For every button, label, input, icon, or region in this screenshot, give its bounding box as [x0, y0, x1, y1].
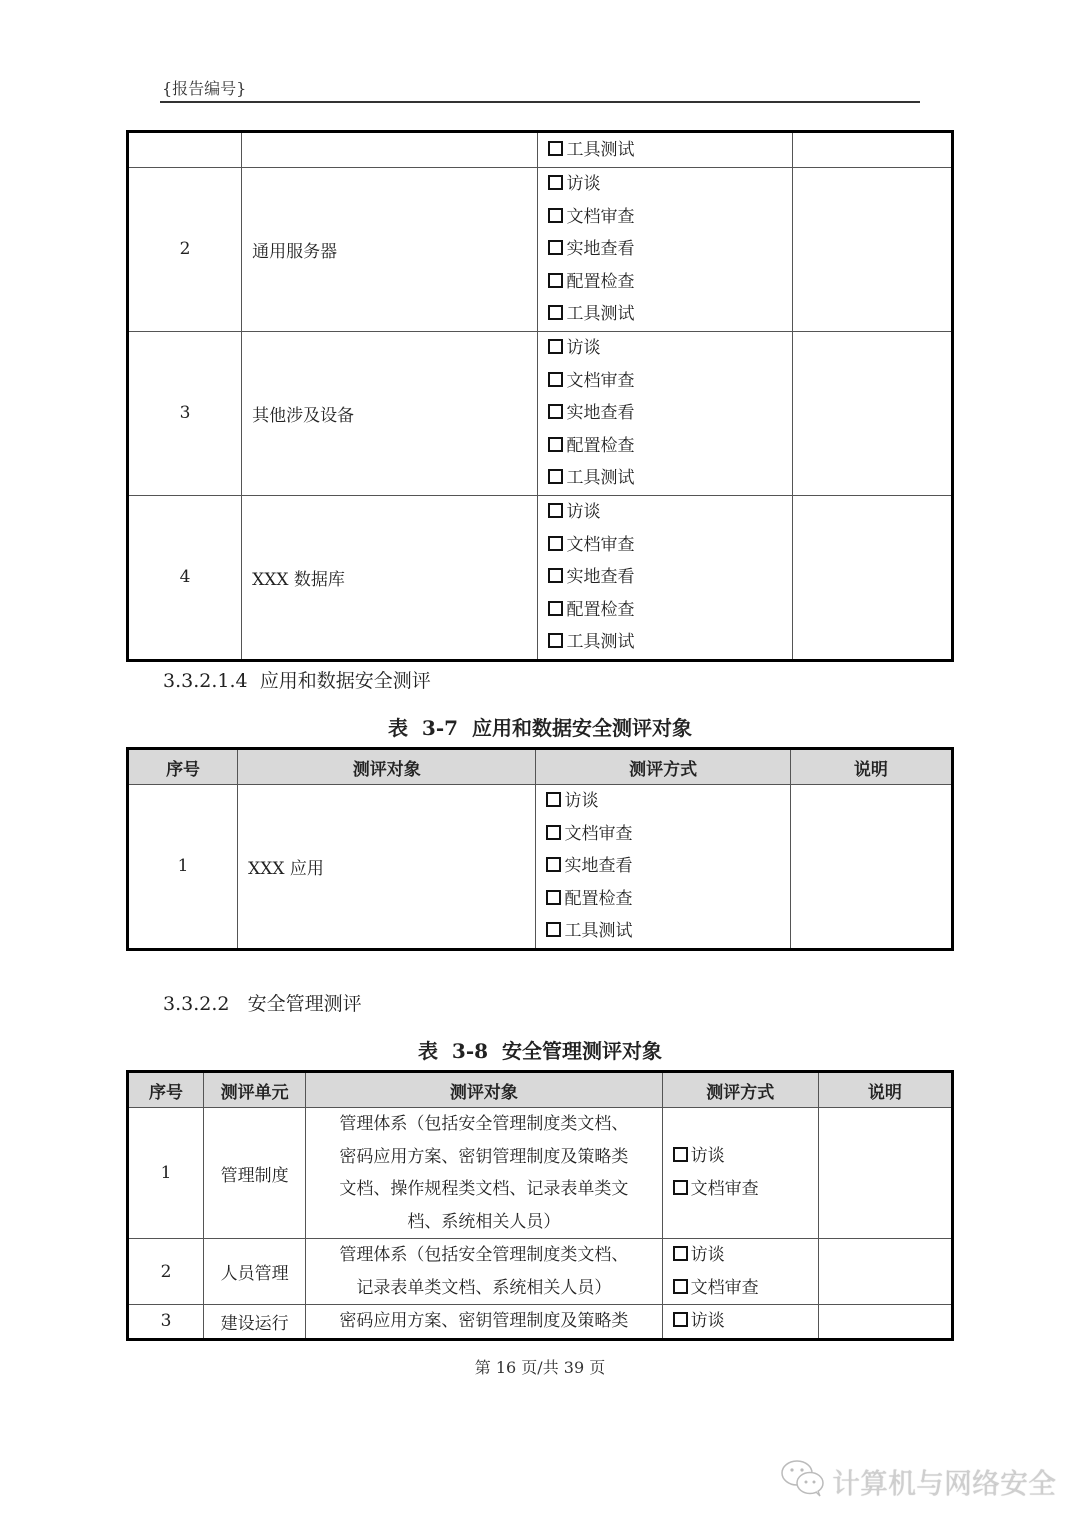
header-divider	[160, 101, 920, 103]
checkbox[interactable]	[548, 469, 563, 484]
checkbox[interactable]	[673, 1279, 688, 1294]
checkbox[interactable]	[546, 922, 561, 937]
checkbox[interactable]	[548, 372, 563, 387]
table-row: 工具测试	[128, 132, 953, 168]
checkbox[interactable]	[673, 1180, 688, 1195]
table-row: 2 人员管理 管理体系（包括安全管理制度类文档、 记录表单类文档、系统相关人员）…	[128, 1239, 953, 1305]
table-row: 1 XXX 应用 访谈 文档审查 实地查看 配置检查 工具测试	[128, 785, 953, 950]
table-3-6-continued: 工具测试 2 通用服务器 访谈 文档审查 实地查看 配置检查 工具测试 3 其他…	[126, 130, 954, 662]
table-row: 2 通用服务器 访谈 文档审查 实地查看 配置检查 工具测试	[128, 168, 953, 332]
object-cell: 密码应用方案、密钥管理制度及策略类	[306, 1305, 662, 1340]
methods-cell: 访谈 文档审查 实地查看 配置检查 工具测试	[536, 785, 790, 950]
checkbox[interactable]	[548, 437, 563, 452]
table-row: 3 其他涉及设备 访谈 文档审查 实地查看 配置检查 工具测试	[128, 331, 953, 495]
checkbox[interactable]	[548, 503, 563, 518]
wechat-icon	[780, 1458, 826, 1505]
table-3-8-caption: 表 3-8 安全管理测评对象	[0, 1035, 1080, 1064]
table-row: 1 管理制度 管理体系（包括安全管理制度类文档、 密码应用方案、密钥管理制度及策…	[128, 1108, 953, 1239]
checkbox[interactable]	[546, 825, 561, 840]
object-cell: 管理体系（包括安全管理制度类文档、 密码应用方案、密钥管理制度及策略类 文档、操…	[306, 1108, 662, 1239]
methods-cell: 访谈 文档审查 实地查看 配置检查 工具测试	[538, 331, 792, 495]
table-3-7-caption: 表 3-7 应用和数据安全测评对象	[0, 712, 1080, 741]
checkbox[interactable]	[548, 339, 563, 354]
table-row: 4 XXX 数据库 访谈 文档审查 实地查看 配置检查 工具测试	[128, 495, 953, 660]
methods-cell: 访谈 文档审查 实地查看 配置检查 工具测试	[538, 168, 792, 332]
table-header-row: 序号 测评单元 测评对象 测评方式 说明	[128, 1072, 953, 1108]
checkbox[interactable]	[548, 273, 563, 288]
methods-cell: 访谈 文档审查	[662, 1108, 818, 1239]
methods-cell: 访谈	[662, 1305, 818, 1340]
section-heading-3-3-2-2: 3.3.2.2 安全管理测评	[163, 989, 362, 1016]
methods-cell: 访谈 文档审查 实地查看 配置检查 工具测试	[538, 495, 792, 660]
watermark: 计算机与网络安全	[780, 1458, 1056, 1505]
checkbox[interactable]	[548, 141, 563, 156]
methods-cell: 工具测试	[538, 132, 792, 168]
checkbox[interactable]	[673, 1147, 688, 1162]
checkbox[interactable]	[548, 633, 563, 648]
section-heading-3-3-2-1-4: 3.3.2.1.4 应用和数据安全测评	[163, 666, 431, 693]
object-cell: 管理体系（包括安全管理制度类文档、 记录表单类文档、系统相关人员）	[306, 1239, 662, 1305]
checkbox[interactable]	[548, 536, 563, 551]
checkbox[interactable]	[548, 175, 563, 190]
table-row: 3 建设运行 密码应用方案、密钥管理制度及策略类 访谈	[128, 1305, 953, 1340]
checkbox[interactable]	[548, 404, 563, 419]
table-header-row: 序号 测评对象 测评方式 说明	[128, 749, 953, 785]
checkbox[interactable]	[548, 601, 563, 616]
checkbox[interactable]	[548, 240, 563, 255]
table-3-7: 序号 测评对象 测评方式 说明 1 XXX 应用 访谈 文档审查 实地查看 配置…	[126, 747, 954, 951]
page-number: 第 16 页/共 39 页	[0, 1355, 1080, 1378]
checkbox[interactable]	[548, 568, 563, 583]
checkbox[interactable]	[546, 857, 561, 872]
checkbox[interactable]	[546, 792, 561, 807]
methods-cell: 访谈 文档审查	[662, 1239, 818, 1305]
report-number-header: {报告编号}	[162, 76, 246, 99]
checkbox[interactable]	[546, 890, 561, 905]
checkbox[interactable]	[548, 305, 563, 320]
checkbox[interactable]	[673, 1312, 688, 1327]
checkbox[interactable]	[548, 208, 563, 223]
table-3-8: 序号 测评单元 测评对象 测评方式 说明 1 管理制度 管理体系（包括安全管理制…	[126, 1070, 954, 1341]
checkbox[interactable]	[673, 1246, 688, 1261]
